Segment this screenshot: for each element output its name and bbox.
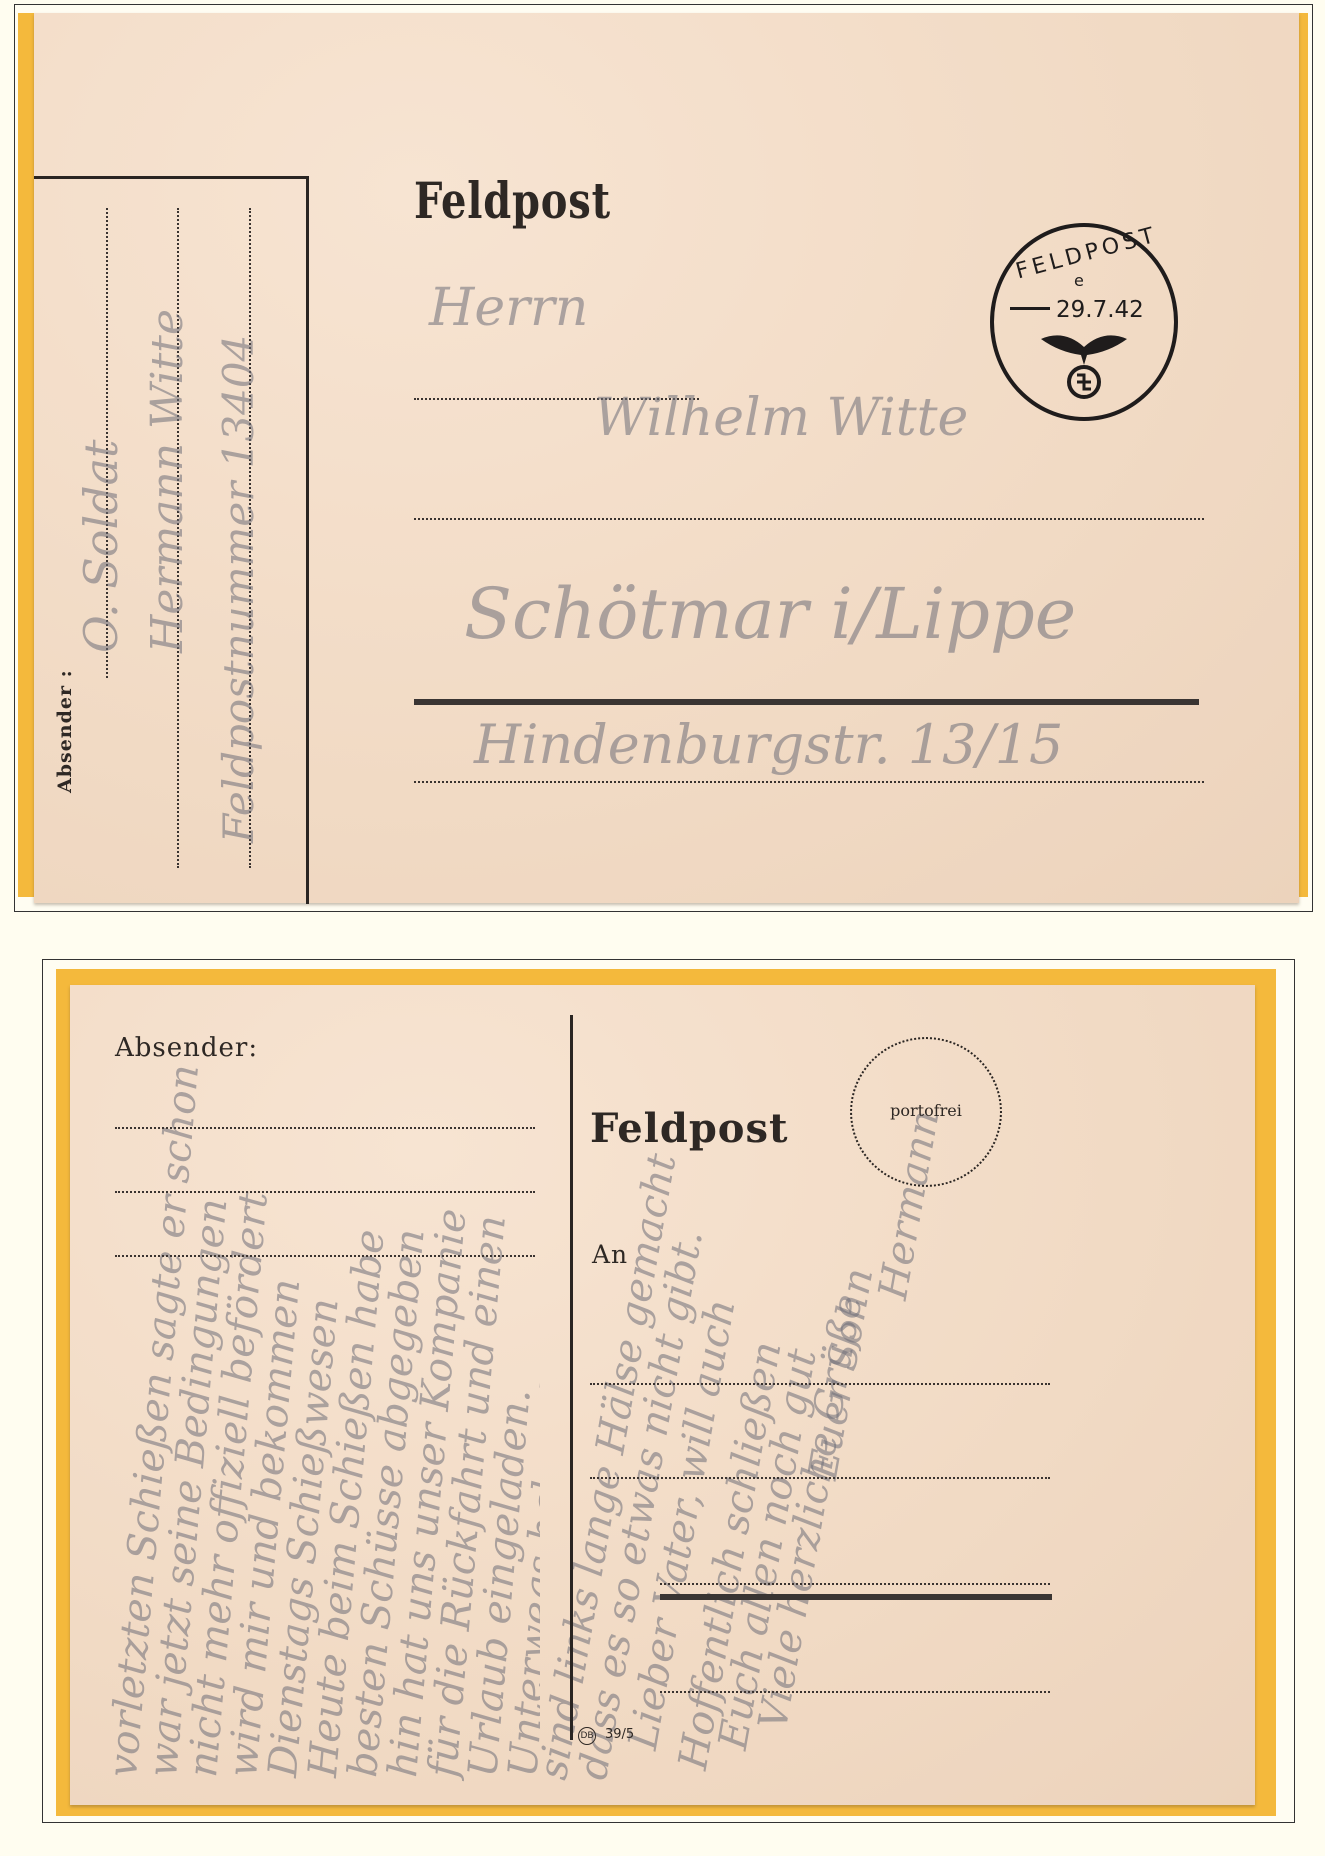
address-rule bbox=[660, 1594, 1052, 1600]
sender-line-2 bbox=[115, 1191, 535, 1193]
handwritten-salutation: Herrn bbox=[429, 278, 588, 338]
address-line-3 bbox=[414, 781, 1204, 783]
handwritten-sender-name: O. Soldat bbox=[74, 439, 128, 653]
postcard-title: Feldpost bbox=[590, 1105, 788, 1152]
address-rule bbox=[414, 699, 1199, 705]
print-code: 39/5 bbox=[605, 1727, 634, 1742]
postmark-letter: e bbox=[1074, 271, 1084, 290]
to-label: An bbox=[592, 1240, 628, 1269]
eagle-icon bbox=[1039, 327, 1129, 402]
feldpost-postcard: vorletzten Schießen sagte er schon war j… bbox=[70, 985, 1255, 1805]
handwritten-street: Hindenburgstr. 13/15 bbox=[474, 713, 1063, 776]
sender-line-1 bbox=[115, 1127, 535, 1129]
address-line-2 bbox=[414, 518, 1204, 520]
address-line-3 bbox=[660, 1583, 1050, 1585]
feldpost-envelope: Absender : O. Soldat Hermann Witte Feldp… bbox=[34, 13, 1299, 903]
postage-label: portofrei bbox=[852, 1101, 1000, 1120]
sender-label: Absender : bbox=[54, 669, 76, 793]
handwritten-message-left: vorletzten Schießen sagte er schon war j… bbox=[70, 985, 540, 1805]
address-line-4 bbox=[660, 1691, 1050, 1693]
divider-line bbox=[570, 1015, 573, 1740]
handwritten-sender-name-2: Hermann Witte bbox=[142, 309, 193, 653]
envelope-title: Feldpost bbox=[414, 171, 611, 230]
postmark-text: FELDPOST bbox=[1013, 223, 1160, 285]
handwritten-city: Schötmar i/Lippe bbox=[464, 573, 1076, 655]
handwritten-recipient-name: Wilhelm Witte bbox=[594, 388, 968, 448]
sender-label: Absender: bbox=[115, 1033, 258, 1063]
publisher-logo: DB bbox=[578, 1727, 596, 1745]
address-line-2 bbox=[590, 1477, 1050, 1479]
handwritten-field-post-number: Feldpostnummer 13404 bbox=[214, 335, 263, 843]
postage-circle: portofrei bbox=[850, 1037, 1002, 1187]
postmark-date: 29.7.42 bbox=[1056, 297, 1144, 323]
sender-line-3 bbox=[115, 1255, 535, 1257]
address-line-1 bbox=[590, 1383, 1050, 1385]
postmark: FELDPOST e 29.7.42 bbox=[990, 223, 1178, 421]
